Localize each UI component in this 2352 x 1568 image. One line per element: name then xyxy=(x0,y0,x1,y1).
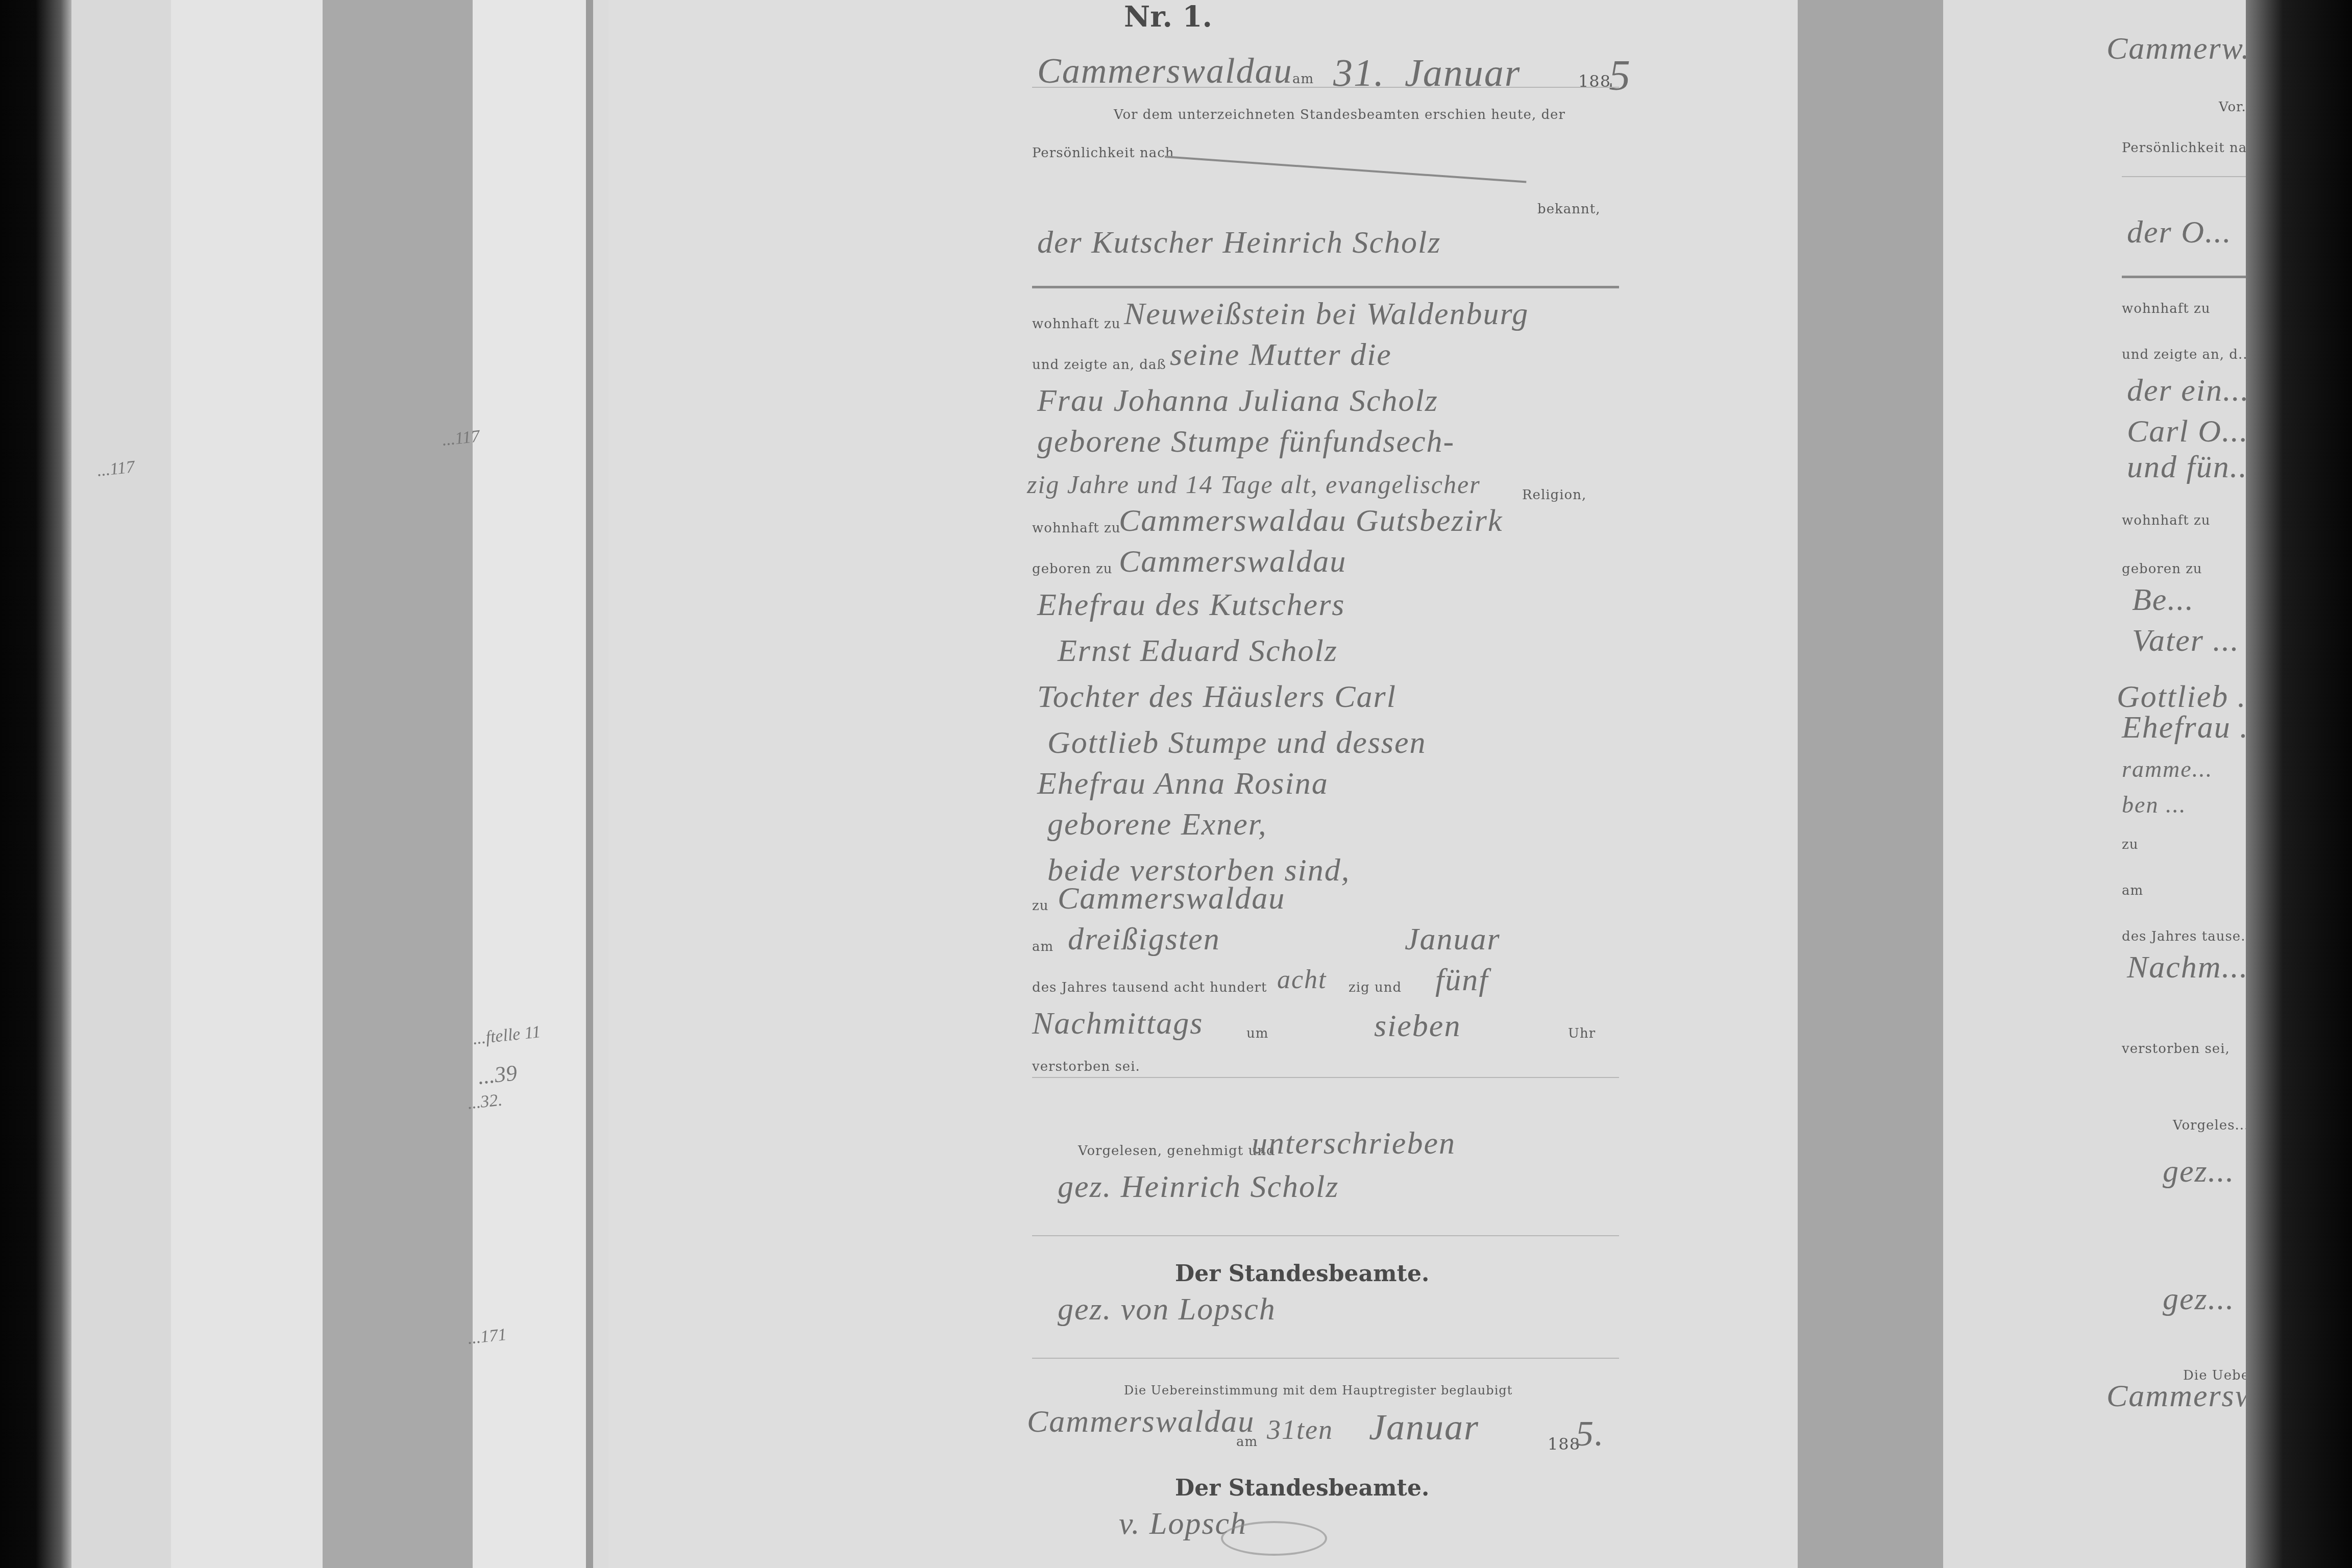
death-month: Januar xyxy=(1405,921,1501,958)
death-year-unit: fünf xyxy=(1435,962,1488,998)
page-gutter xyxy=(593,0,608,1568)
death-decade: acht xyxy=(1277,965,1327,995)
deceased-age-religion: zig Jahre und 14 Tage alt, evangelischer xyxy=(1027,470,1481,499)
deceased-maiden-age: geborene Stumpe fünfundsech- xyxy=(1037,424,1455,460)
rp-vorgelesen: Vorgeles... xyxy=(2173,1118,2246,1133)
rp-wohnhaft2: wohnhaft zu xyxy=(2122,513,2210,528)
rp-hand: Be... xyxy=(2132,582,2194,618)
rp-zeigte: und zeigte an, d... xyxy=(2122,347,2246,362)
margin-note: ...117 xyxy=(96,457,136,481)
right-gray-band xyxy=(1798,0,1943,1568)
standesbeamte-heading: Der Standesbeamte. xyxy=(1175,1261,1429,1287)
margin-note: ...ftelle 11 xyxy=(472,1022,542,1049)
rule xyxy=(2122,276,2246,278)
rp-place: Cammerw... xyxy=(2106,31,2246,67)
line xyxy=(2122,176,2246,177)
informant-name: der Kutscher Heinrich Scholz xyxy=(1037,225,1441,261)
wohnhaft-label: wohnhaft zu xyxy=(1032,316,1120,332)
zu-label: zu xyxy=(1032,898,1048,914)
uhr-label: Uhr xyxy=(1568,1026,1596,1041)
left-page-fragment xyxy=(171,0,324,1568)
um-label: um xyxy=(1246,1026,1268,1041)
unterschrieben: unterschrieben xyxy=(1252,1125,1456,1162)
line xyxy=(1032,1077,1619,1078)
year-prefix: 188 xyxy=(1578,71,1611,91)
narrative-line: Tochter des Häuslers Carl xyxy=(1037,679,1396,715)
cert-day: 31ten xyxy=(1267,1414,1333,1445)
left-gray-band xyxy=(323,0,473,1568)
rp-zu: zu xyxy=(2122,837,2138,852)
scanner-dark-edge-right xyxy=(2246,0,2352,1568)
rp-informant: der O... xyxy=(2127,214,2232,251)
scanner-dark-edge-left xyxy=(0,0,71,1568)
rp-hand: Vater ... xyxy=(2132,623,2240,659)
line xyxy=(1032,1358,1619,1359)
rp-vor: Vor... xyxy=(2219,100,2246,115)
header-day: 31. xyxy=(1333,51,1385,95)
death-hour: sieben xyxy=(1374,1008,1461,1044)
left-margin-page: ...117 ...ftelle 11 ...39 ...32. ...171 xyxy=(473,0,593,1568)
relation-text: seine Mutter die xyxy=(1170,337,1392,373)
rp-geboren: geboren zu xyxy=(2122,561,2202,577)
strike-line xyxy=(1165,156,1527,183)
official-signature: gez. von Lopsch xyxy=(1058,1291,1276,1328)
year-suffix: 5 xyxy=(1609,51,1631,101)
margin-note: ...32. xyxy=(467,1091,503,1114)
rp-am: am xyxy=(2122,883,2143,898)
margin-note: ...39 xyxy=(477,1060,519,1090)
right-record-page-partial: Cammerw... Vor... Persönlichkeit na... d… xyxy=(1943,0,2246,1568)
cert-standesbeamte-heading: Der Standesbeamte. xyxy=(1175,1475,1429,1501)
rp-sig2: gez... xyxy=(2163,1281,2235,1317)
section-rule xyxy=(1032,286,1619,288)
rp-hand: Ehefrau ... xyxy=(2122,709,2246,746)
line xyxy=(1032,1235,1619,1236)
narrative-line: Ernst Eduard Scholz xyxy=(1058,633,1338,669)
rp-sig1: gez... xyxy=(2163,1154,2235,1190)
intro-text: Vor dem unterzeichneten Standesbeamten e… xyxy=(1114,107,1565,122)
cert-month: Januar xyxy=(1369,1406,1479,1449)
am-label: am xyxy=(1292,71,1314,87)
rp-hand: ramme... xyxy=(2122,755,2213,782)
record-number: Nr. 1. xyxy=(1124,0,1212,34)
cert-year-suffix: 5. xyxy=(1576,1414,1605,1455)
informant-residence: Neuweißstein bei Waldenburg xyxy=(1124,296,1529,332)
margin-note: ...117 xyxy=(441,427,481,450)
jahres-label: des Jahres tausend acht hundert xyxy=(1032,980,1267,995)
vorgelesen-label: Vorgelesen, genehmigt und xyxy=(1078,1143,1276,1159)
header-month: Januar xyxy=(1405,51,1521,95)
cert-am-label: am xyxy=(1236,1434,1258,1450)
signature-flourish xyxy=(1221,1521,1327,1556)
birthplace: Cammerswaldau xyxy=(1119,544,1346,580)
underline xyxy=(1032,87,1619,88)
deceased-residence: Cammerswaldau Gutsbezirk xyxy=(1119,503,1503,539)
rp-jahres: des Jahres tause... xyxy=(2122,929,2246,944)
time-of-day: Nachmittags xyxy=(1032,1006,1203,1042)
rp-cert-place: Cammersw... xyxy=(2106,1378,2246,1414)
bekannt-label: bekannt, xyxy=(1537,202,1601,217)
persoenlichkeit-label: Persönlichkeit nach xyxy=(1032,145,1174,161)
main-record-page: Nr. 1. Cammerswaldau am 31. Januar 188 5… xyxy=(608,0,1798,1568)
narrative-line: geborene Exner, xyxy=(1047,806,1267,843)
rp-hand: der ein... xyxy=(2127,373,2246,409)
rp-hand: ben ... xyxy=(2122,791,2186,818)
narrative-line: Gottlieb Stumpe und dessen xyxy=(1047,725,1427,761)
rp-time: Nachm... xyxy=(2127,949,2246,986)
verstorben-label: verstorben sei. xyxy=(1032,1059,1140,1074)
deceased-name: Frau Johanna Juliana Scholz xyxy=(1037,383,1438,419)
narrative-line: Ehefrau des Kutschers xyxy=(1037,587,1345,623)
zeigte-an-label: und zeigte an, daß xyxy=(1032,357,1166,373)
death-day: dreißigsten xyxy=(1068,921,1220,958)
informant-signature: gez. Heinrich Scholz xyxy=(1058,1169,1339,1205)
religion-label: Religion, xyxy=(1522,487,1586,503)
wohnhaft-label: wohnhaft zu xyxy=(1032,521,1120,536)
margin-note: ...171 xyxy=(467,1325,507,1349)
geboren-label: geboren zu xyxy=(1032,561,1113,577)
header-place: Cammerswaldau xyxy=(1037,51,1292,92)
am-label: am xyxy=(1032,939,1053,954)
adjacent-page-edge xyxy=(71,0,175,1568)
rp-wohnhaft: wohnhaft zu xyxy=(2122,301,2210,316)
rp-persoenlichkeit: Persönlichkeit na... xyxy=(2122,140,2246,156)
death-place: Cammerswaldau xyxy=(1058,880,1285,917)
cert-place: Cammerswaldau xyxy=(1027,1404,1255,1440)
rp-verstorben: verstorben sei, xyxy=(2122,1041,2230,1057)
narrative-line: Ehefrau Anna Rosina xyxy=(1037,766,1329,802)
zig-und-label: zig und xyxy=(1349,980,1402,995)
rp-hand: Carl O... xyxy=(2127,413,2246,450)
rp-hand: und fün... xyxy=(2127,449,2246,485)
certification-text: Die Uebereinstimmung mit dem Hauptregist… xyxy=(1124,1383,1512,1398)
